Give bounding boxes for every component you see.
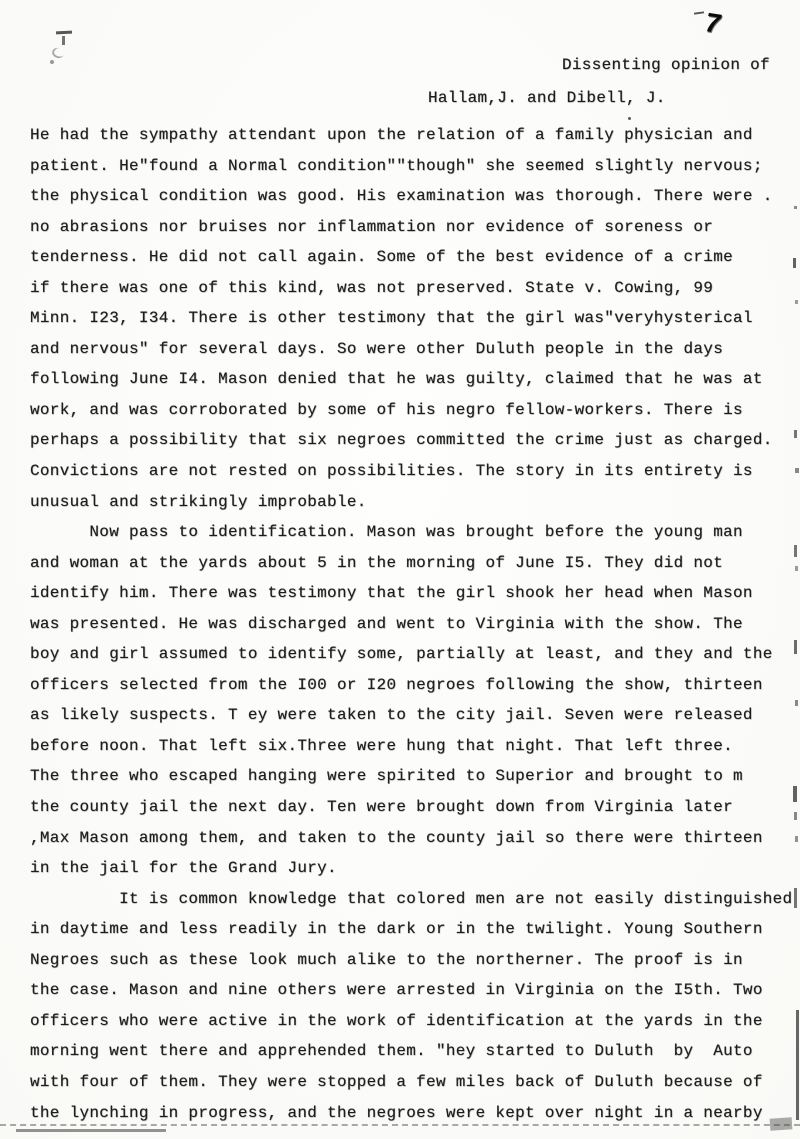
text-line: before noon. That left six.Three were hu…: [30, 731, 800, 762]
text-line: unusual and strikingly improbable.: [30, 487, 800, 518]
text-line: the case. Mason and nine others were arr…: [30, 975, 800, 1006]
text-line: the county jail the next day. Ten were b…: [30, 792, 800, 823]
document-authors: Hallam,J. and Dibell, J.: [428, 89, 666, 107]
text-line: tenderness. He did not call again. Some …: [30, 242, 800, 273]
text-line: no abrasions nor bruises nor inflammatio…: [30, 212, 800, 243]
text-line: It is common knowledge that colored men …: [30, 884, 800, 915]
document-title: Dissenting opinion of: [562, 56, 770, 74]
text-line: ,Max Mason among them, and taken to the …: [30, 823, 800, 854]
text-line: Minn. I23, I34. There is other testimony…: [30, 303, 800, 334]
page-number-mark: 7: [700, 9, 725, 42]
text-line: perhaps a possibility that six negroes c…: [30, 425, 800, 456]
smudge-mark: [50, 60, 54, 64]
text-line: boy and girl assumed to identify some, p…: [30, 639, 800, 670]
smudge-mark: [62, 36, 65, 45]
text-line: Negroes such as these look much alike to…: [30, 945, 800, 976]
scan-edge-line-dark: [16, 1129, 166, 1132]
text-line: Now pass to identification. Mason was br…: [30, 517, 800, 548]
text-line: officers selected from the I00 or I20 ne…: [30, 670, 800, 701]
scan-artifact: [794, 888, 797, 908]
text-line: as likely suspects. T ey were taken to t…: [30, 700, 800, 731]
scanned-document-page: 7 Dissenting opinion of Hallam,J. and Di…: [0, 0, 800, 1139]
text-line: following June I4. Mason denied that he …: [30, 364, 800, 395]
text-line: was presented. He was discharged and wen…: [30, 609, 800, 640]
text-line: if there was one of this kind, was not p…: [30, 273, 800, 304]
text-line: in daytime and less readily in the dark …: [30, 914, 800, 945]
scan-edge-shadow: [796, 1010, 799, 1120]
text-line: patient. He"found a Normal condition""th…: [30, 151, 800, 182]
text-line: in the jail for the Grand Jury.: [30, 853, 800, 884]
scan-artifact: [795, 700, 798, 706]
scan-artifact: [795, 836, 798, 842]
scan-artifact: [795, 566, 798, 571]
text-line: Convictions are not rested on possibilit…: [30, 456, 800, 487]
smudge-mark: [56, 31, 72, 35]
body-text: He had the sympathy attendant upon the r…: [30, 120, 800, 1128]
text-line: officers who were active in the work of …: [30, 1006, 800, 1037]
scan-artifact: [793, 786, 797, 802]
text-line: the physical condition was good. His exa…: [30, 181, 800, 212]
scan-artifact: [793, 258, 796, 268]
scan-artifact: [794, 430, 797, 438]
text-line: work, and was corroborated by some of hi…: [30, 395, 800, 426]
text-line: and woman at the yards about 5 in the mo…: [30, 548, 800, 579]
scan-artifact: [794, 640, 797, 654]
scan-artifact: [795, 300, 798, 304]
scan-artifact: [795, 468, 799, 473]
text-line: The three who escaped hanging were spiri…: [30, 761, 800, 792]
pen-stroke-mark: [694, 11, 704, 14]
text-line: morning went there and apprehended them.…: [30, 1036, 800, 1067]
scan-edge-line: [0, 1124, 800, 1126]
text-line: identify him. There was testimony that t…: [30, 578, 800, 609]
text-line: He had the sympathy attendant upon the r…: [30, 120, 800, 151]
scan-artifact: [794, 812, 797, 820]
text-line: with four of them. They were stopped a f…: [30, 1067, 800, 1098]
scan-artifact: [794, 545, 797, 557]
smudge-mark: [51, 46, 66, 60]
text-line: and nervous" for several days. So were o…: [30, 334, 800, 365]
scan-artifact: [794, 206, 797, 209]
scan-artifact: [770, 1117, 793, 1131]
